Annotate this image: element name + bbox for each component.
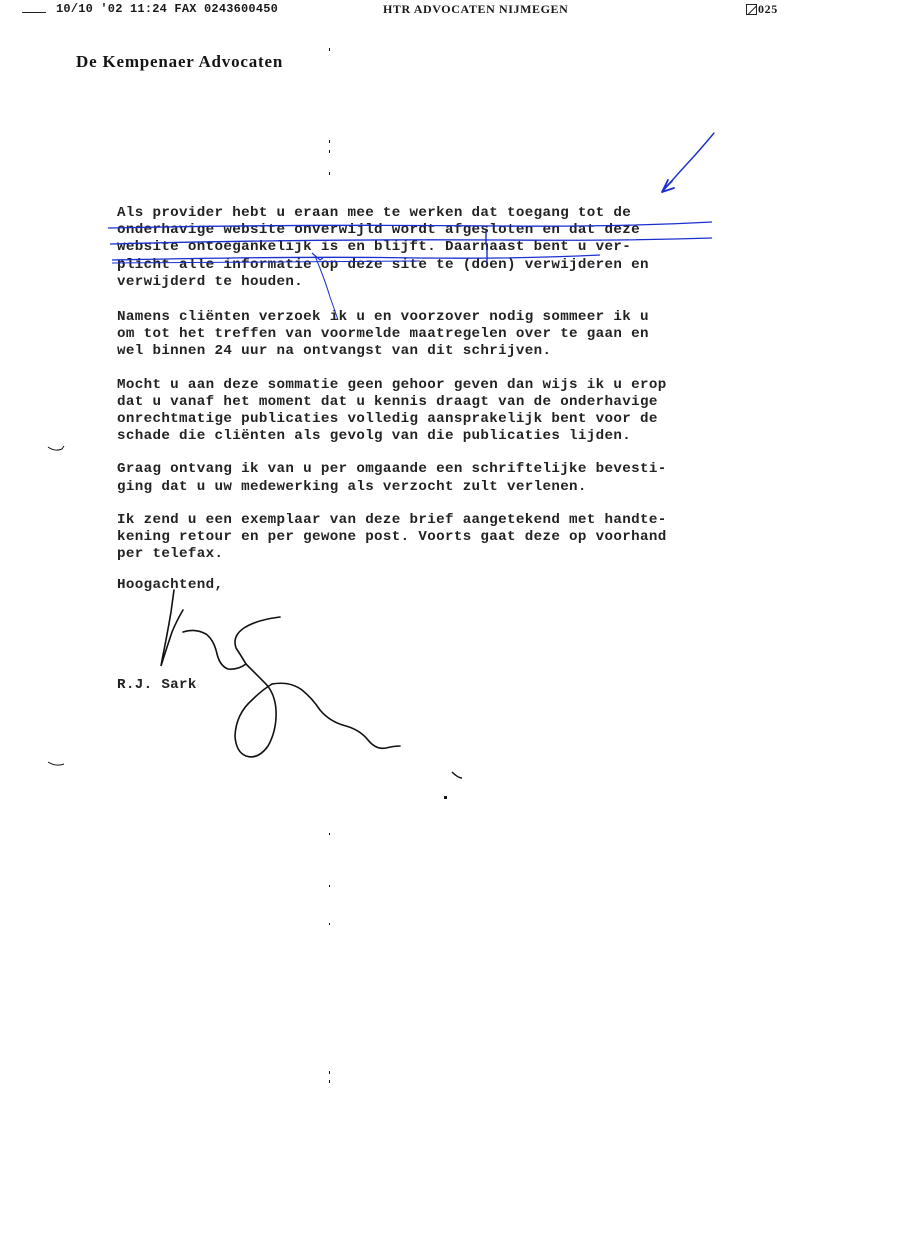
fax-page-icon — [746, 4, 757, 15]
arrow-annotation — [662, 133, 714, 192]
letterhead-firm-name: De Kempenaer Advocaten — [76, 52, 283, 72]
annotation-overlay — [0, 0, 900, 1248]
letter-body: Als provider hebt u eraan mee te werken … — [117, 205, 767, 579]
paragraph-liability: Mocht u aan deze sommatie geen gehoor ge… — [117, 377, 767, 446]
paragraph-confirmation-request: Graag ontvang ik van u per omgaande een … — [117, 461, 767, 495]
fax-page-number: 025 — [758, 2, 778, 17]
signatory-name: R.J. Sark — [117, 677, 197, 693]
paragraph-provider-obligation: Als provider hebt u eraan mee te werken … — [117, 205, 767, 291]
paragraph-demand: Namens cliënten verzoek ik u en voorzove… — [117, 309, 767, 361]
signature — [161, 590, 400, 757]
paragraph-delivery-notice: Ik zend u een exemplaar van deze brief a… — [117, 512, 767, 564]
fax-page-indicator: 025 — [746, 2, 778, 17]
fax-sender: HTR ADVOCATEN NIJMEGEN — [383, 2, 568, 17]
fax-timestamp-number: 10/10 '02 11:24 FAX 0243600450 — [56, 2, 278, 16]
closing-salutation: Hoogachtend, — [117, 577, 223, 593]
fax-header-rule — [22, 12, 46, 13]
fax-header: 10/10 '02 11:24 FAX 0243600450 HTR ADVOC… — [0, 2, 900, 20]
